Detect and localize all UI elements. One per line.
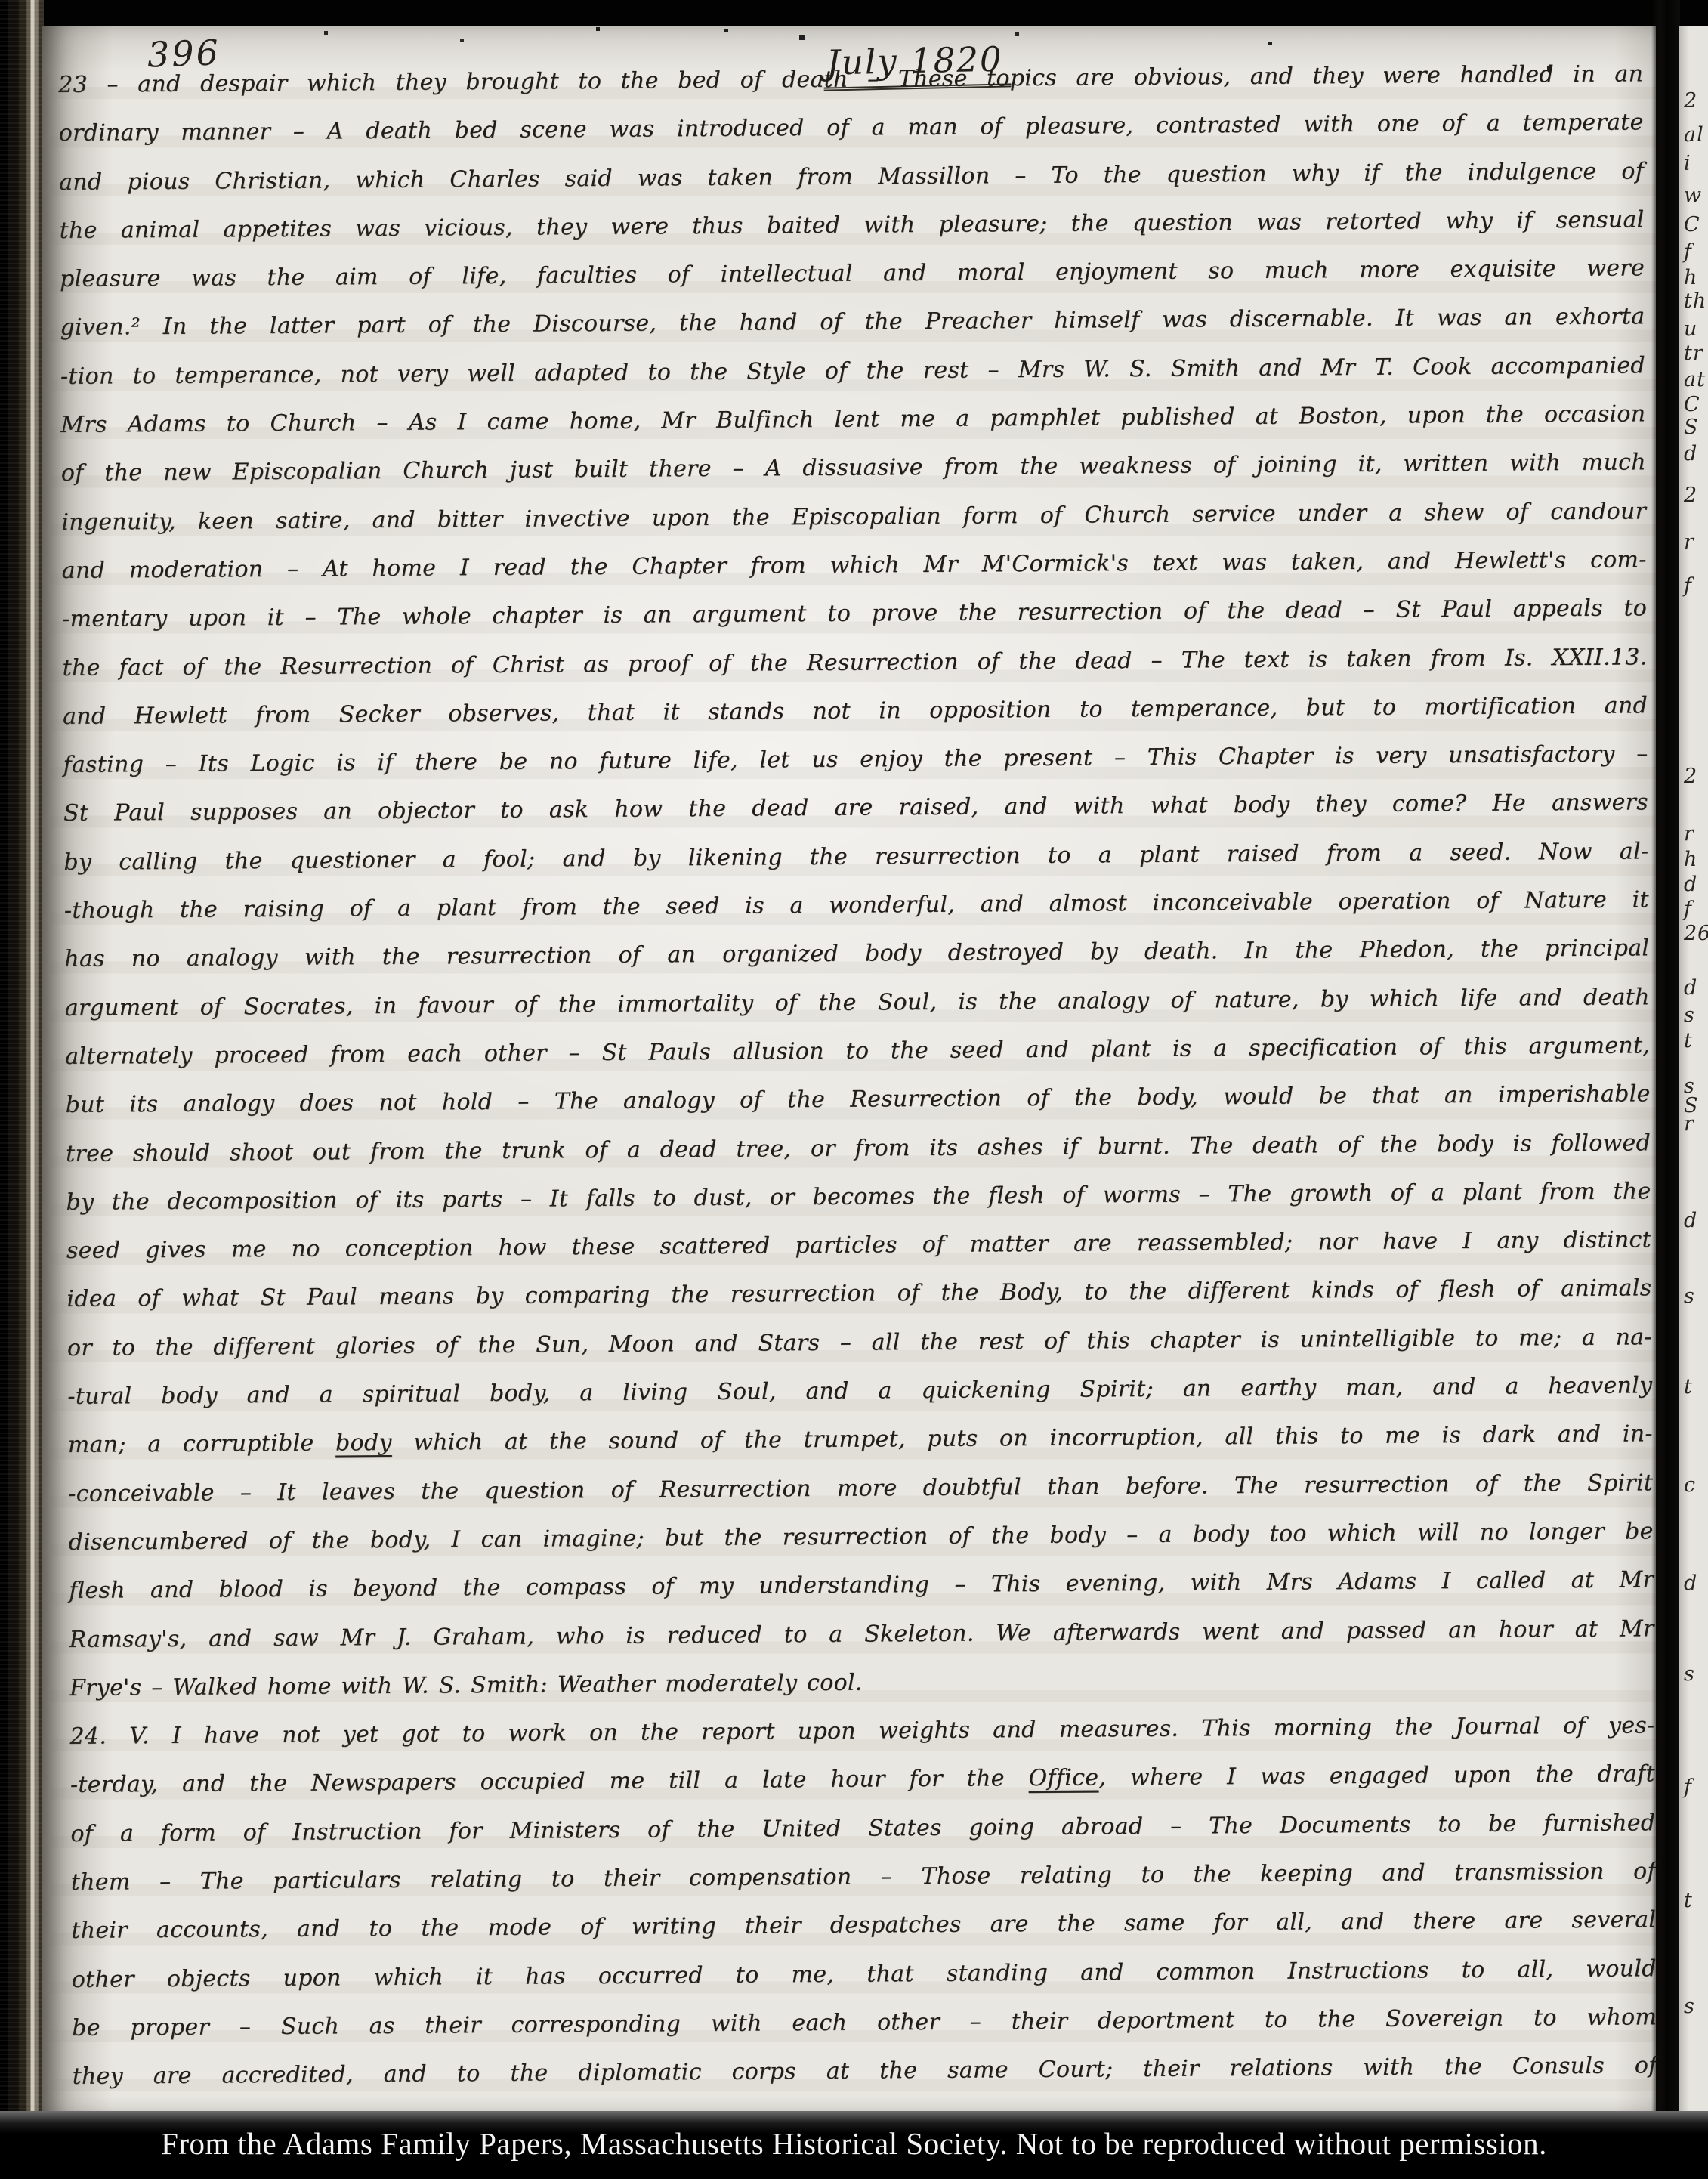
edge-fragment: t [1684,1375,1693,1399]
edge-fragment: r [1684,822,1694,845]
facing-page-sliver: 2aliwCfhthutratCSd2rf2rhdf26dstsSrdstcds… [1679,26,1708,2111]
edge-fragment: u [1684,317,1697,341]
edge-fragment: 26 [1684,922,1708,945]
page-gutter-shadow [1651,0,1680,2179]
edge-fragment: d [1684,1209,1697,1232]
edge-fragment: f [1684,1776,1692,1799]
edge-fragment: c [1684,1473,1696,1497]
edge-fragment: C [1684,393,1700,416]
edge-fragment: d [1684,1572,1697,1595]
edge-fragment: s [1684,1003,1695,1027]
manuscript-text: 23 – and despair which they brought to t… [58,50,1657,2101]
edge-fragment: t [1684,1889,1693,1912]
edge-fragment: f [1684,574,1692,598]
edge-fragment: al [1684,123,1704,147]
edge-fragment: h [1684,848,1697,871]
edge-fragment: s [1684,1662,1695,1686]
edge-fragment: h [1684,266,1697,289]
scanned-diary-page-view: 396 July 1820 23 – and despair which the… [0,0,1708,2179]
caption-band: From the Adams Family Papers, Massachuse… [0,2111,1708,2179]
edge-fragment: w [1684,184,1702,207]
edge-fragment: t [1684,1029,1693,1052]
caption-text: From the Adams Family Papers, Massachuse… [0,2111,1708,2179]
edge-fragment: at [1684,368,1706,391]
edge-fragment: d [1684,442,1697,465]
manuscript-page: 396 July 1820 23 – and despair which the… [42,26,1656,2111]
edge-fragment: S [1684,416,1699,439]
edge-fragment: d [1684,873,1697,896]
ink-speckles [42,26,44,28]
edge-fragment: C [1684,213,1700,236]
edge-fragment: th [1684,289,1706,313]
edge-fragment: s [1684,1995,1695,2018]
edge-fragment: tr [1684,342,1703,365]
edge-fragment: s [1684,1284,1695,1308]
scan-top-edge [0,0,1708,26]
book-binding [0,0,44,2179]
edge-fragment: 2 [1684,484,1697,507]
edge-fragment: r [1684,530,1694,554]
edge-fragment: r [1684,1112,1694,1136]
edge-fragment: f [1684,240,1692,264]
edge-fragment: d [1684,976,1697,1000]
edge-fragment: f [1684,898,1692,921]
entry-line: they are accredited, and to the diplomat… [72,2041,1657,2101]
edge-fragment: i [1684,152,1691,175]
edge-fragment: 2 [1684,89,1697,113]
edge-fragment: 2 [1684,765,1697,788]
